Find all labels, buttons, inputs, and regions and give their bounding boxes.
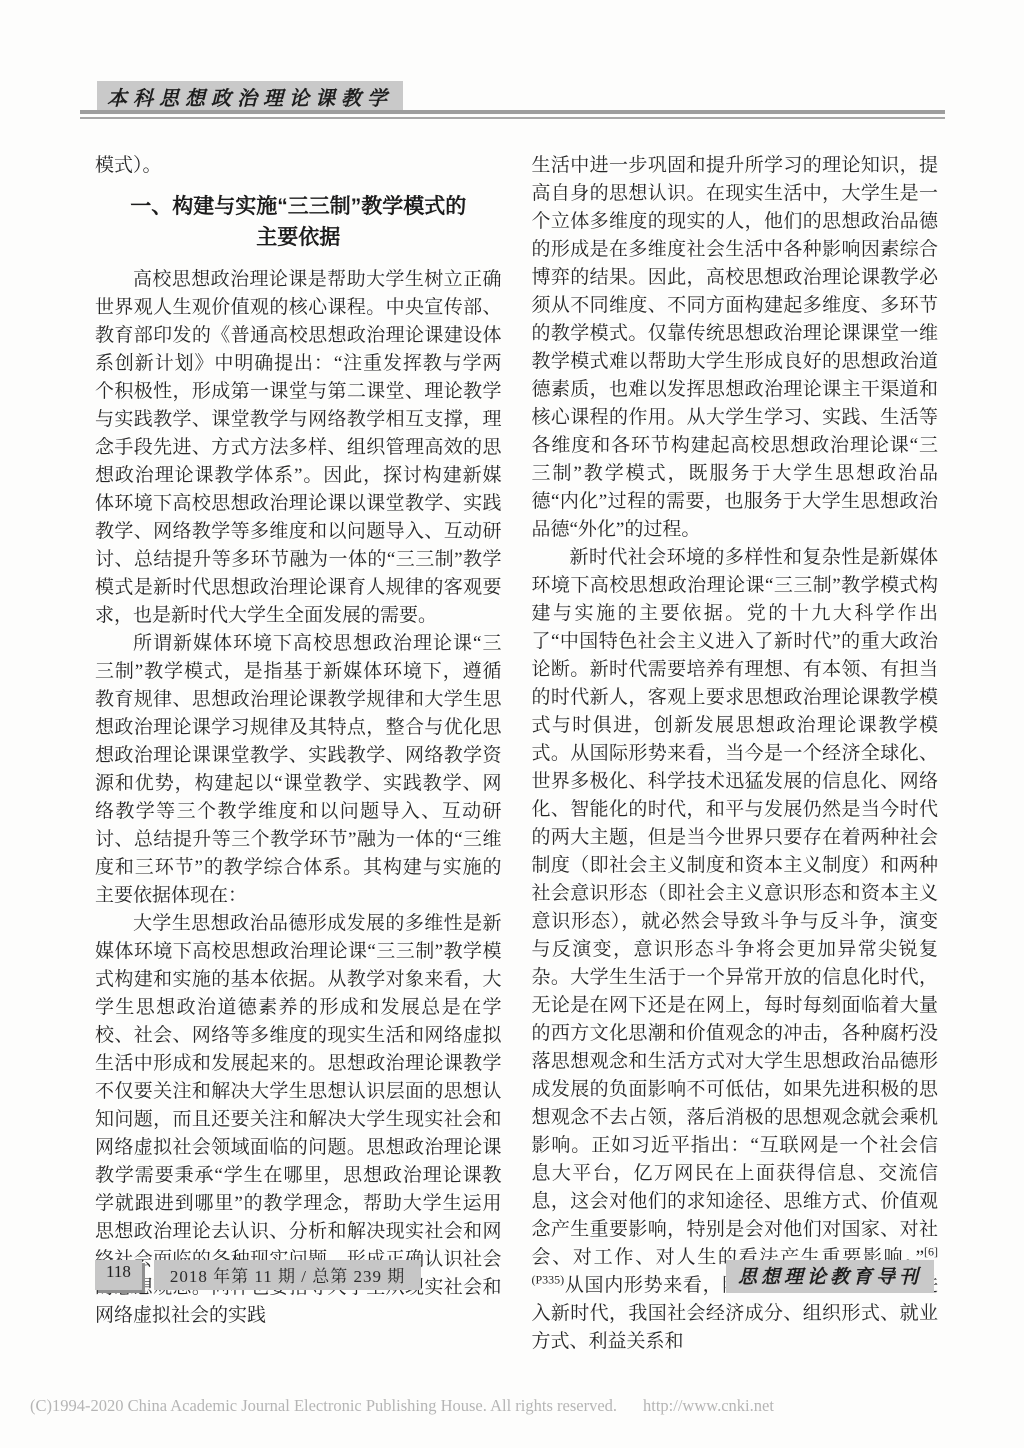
header-rule (80, 110, 945, 119)
heading-line-2: 主要依据 (95, 222, 502, 253)
paragraph-text-before-citation: 新时代社会环境的多样性和复杂性是新媒体环境下高校思想政治理论课“三三制”教学模式… (532, 547, 939, 1268)
footer-left-group: 118 2018 年第 11 期 / 总第 239 期 (95, 1260, 421, 1290)
copyright-text: (C)1994-2020 China Academic Journal Elec… (30, 1396, 617, 1415)
section-heading: 一、构建与实施“三三制”教学模式的 主要依据 (95, 191, 502, 253)
journal-page: 本科思想政治理论课教学 模式）。 一、构建与实施“三三制”教学模式的 主要依据 … (0, 0, 1024, 1448)
right-column: 生活中进一步巩固和提升所学习的理论知识，提高自身的思想认识。在现实生活中，大学生… (532, 152, 939, 1356)
copyright-url: http://www.cnki.net (643, 1396, 774, 1415)
paragraph-continuation: 生活中进一步巩固和提升所学习的理论知识，提高自身的思想认识。在现实生活中，大学生… (532, 152, 939, 544)
paragraph: 高校思想政治理论课是帮助大学生树立正确世界观人生观价值观的核心课程。中央宣传部、… (95, 266, 502, 630)
copyright-line: (C)1994-2020 China Academic Journal Elec… (30, 1396, 994, 1416)
page-number: 118 (95, 1260, 142, 1290)
paragraph: 所谓新媒体环境下高校思想政治理论课“三三制”教学模式，是指基于新媒体环境下，遵循… (95, 630, 502, 910)
journal-name: 思想理论教育导刊 (726, 1260, 934, 1293)
header-rule-thin (80, 117, 945, 119)
paragraph-fragment: 模式）。 (95, 152, 502, 180)
left-column: 模式）。 一、构建与实施“三三制”教学模式的 主要依据 高校思想政治理论课是帮助… (95, 152, 502, 1356)
article-body: 模式）。 一、构建与实施“三三制”教学模式的 主要依据 高校思想政治理论课是帮助… (95, 152, 938, 1356)
page-footer: 118 2018 年第 11 期 / 总第 239 期 思想理论教育导刊 (95, 1260, 934, 1293)
paragraph: 新时代社会环境的多样性和复杂性是新媒体环境下高校思想政治理论课“三三制”教学模式… (532, 544, 939, 1356)
issue-info: 2018 年第 11 期 / 总第 239 期 (154, 1260, 421, 1290)
heading-line-1: 一、构建与实施“三三制”教学模式的 (95, 191, 502, 222)
